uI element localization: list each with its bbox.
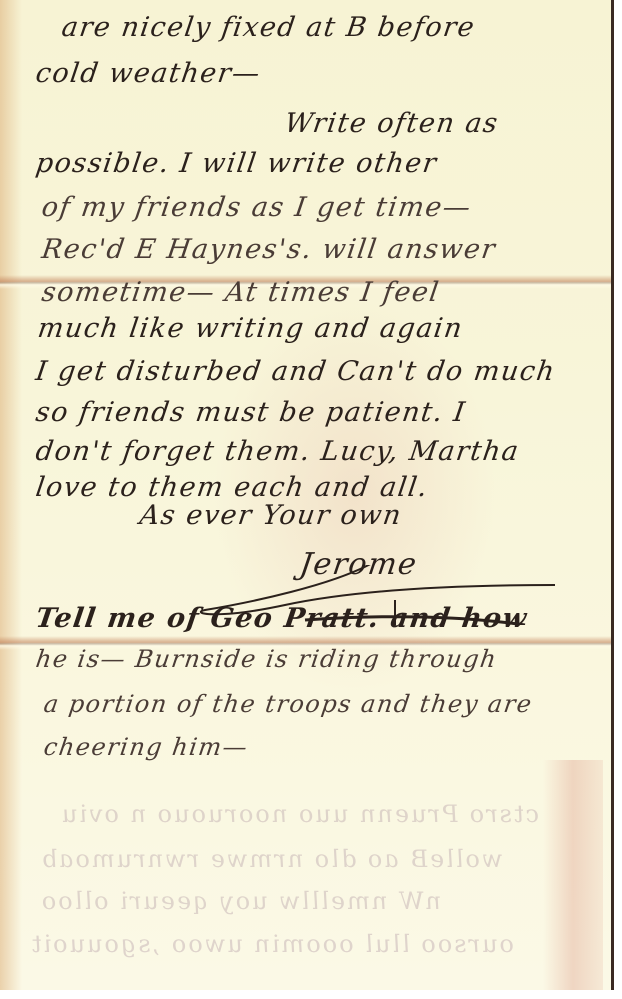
bleed-through-text: nW nmelllw uoy qeeuri olloo xyxy=(38,887,443,915)
letter-line: Rec'd E Haynes's. will answer xyxy=(40,234,498,265)
letter-page: ctsro Pruenn uuo nooruouo n oviu wolleB … xyxy=(0,0,614,990)
letter-closing: As ever Your own xyxy=(138,500,404,531)
postscript-line: he is— Burnside is riding through xyxy=(34,645,499,673)
postscript-line: cheering him— xyxy=(42,733,250,761)
postscript-line: Tell me of Geo Pratt. and how xyxy=(34,603,530,634)
bleed-through-text: ctsro Pruenn uuo nooruouo n oviu xyxy=(58,800,541,828)
letter-line: I get disturbed and Can't do much xyxy=(34,356,558,387)
letter-line: possible. I will write other xyxy=(34,148,440,179)
letter-line: love to them each and all. xyxy=(34,472,431,503)
letter-line: much like writing and again xyxy=(36,313,465,344)
letter-line: so friends must be patient. I xyxy=(34,397,468,428)
letter-line: Write often as xyxy=(283,108,501,139)
letter-line: don't forget them. Lucy, Martha xyxy=(34,436,522,467)
paper-stain xyxy=(543,760,603,990)
letter-line: are nicely fixed at B before xyxy=(60,12,478,43)
bleed-through-text: wolleB ao dlo nrmwe rwnrumoab xyxy=(38,845,505,873)
letter-line: cold weather— xyxy=(34,58,263,89)
letter-line: of my friends as I get time— xyxy=(40,192,474,223)
postscript-line: a portion of the troops and they are xyxy=(42,690,534,718)
letter-line: sometime— At times I feel xyxy=(40,277,442,308)
bleed-through-text: oursoo llul ooomin uwoo ,sgouuoit xyxy=(28,930,516,958)
